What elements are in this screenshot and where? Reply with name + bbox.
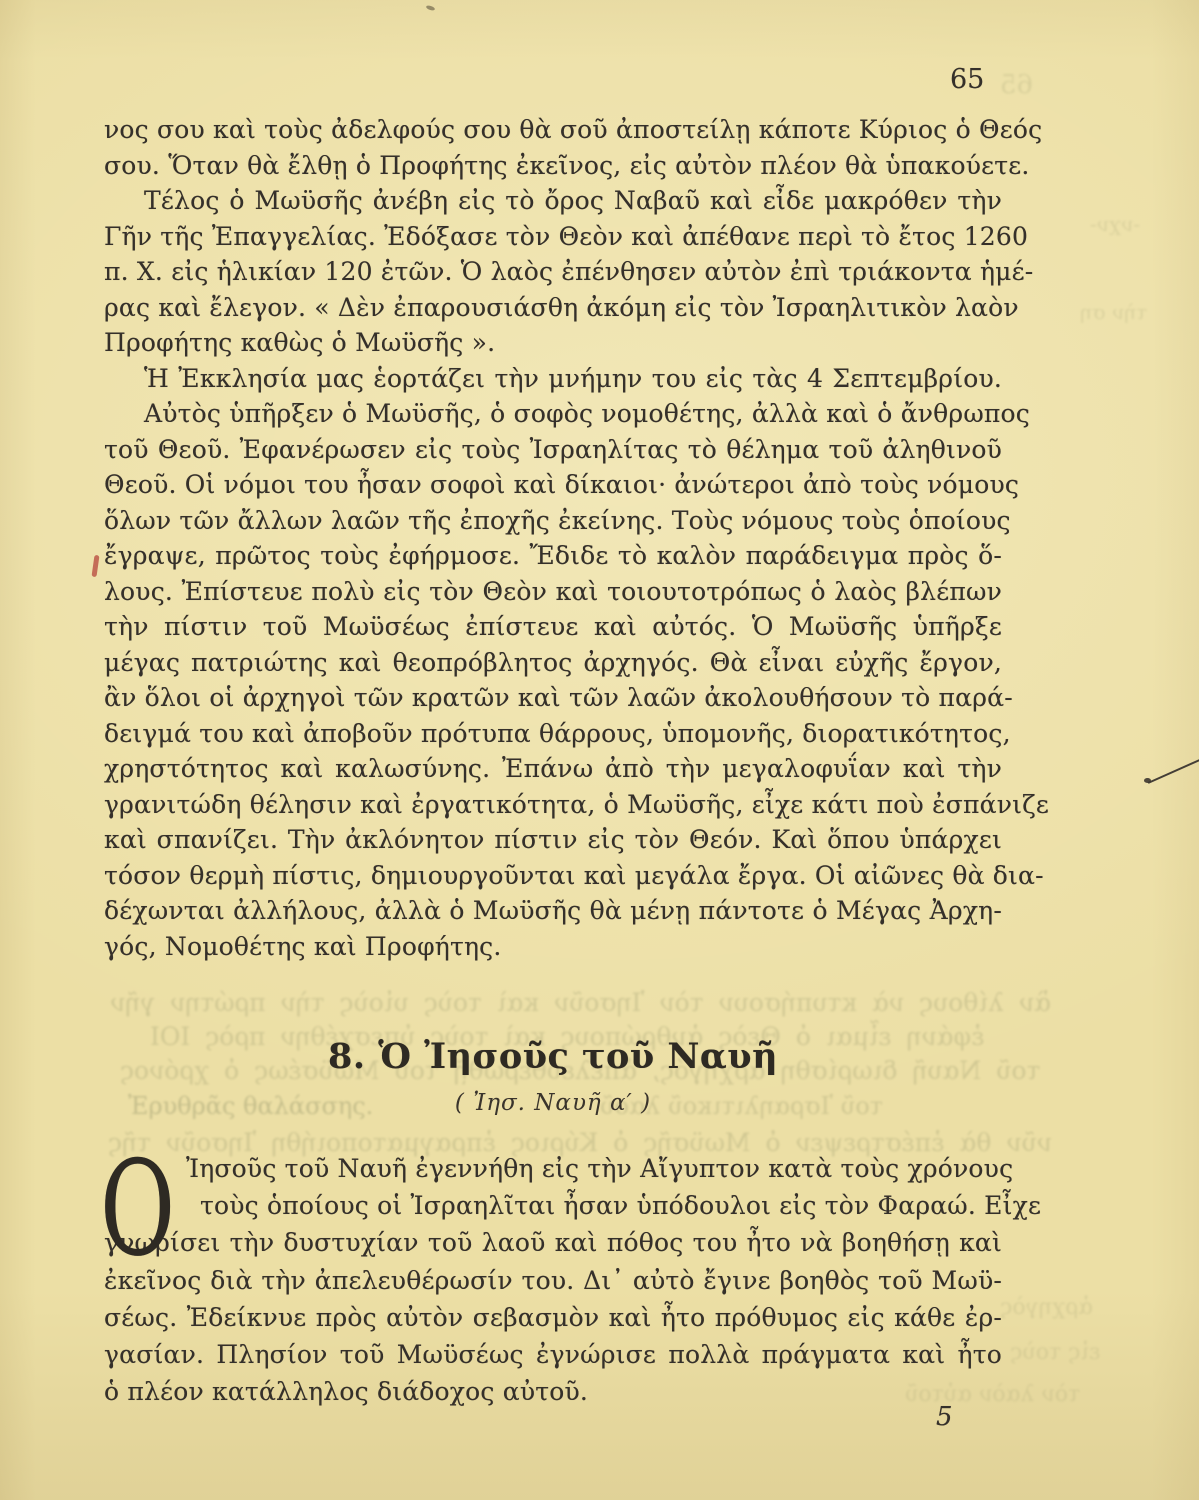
text-line: Τέλος ὁ Μωϋσῆς ἀνέβη εἰς τὸ ὄρος Ναβαῦ κ…	[104, 183, 1002, 219]
text-line: δειγμά του καὶ ἀποβοῦν πρότυπα θάρρους, …	[104, 716, 1002, 752]
text-line: σέως. Ἐδείκνυε πρὸς αὐτὸν σεβασμὸν καὶ ἦ…	[104, 1299, 1002, 1336]
text-line: τὴν πίστιν τοῦ Μωϋσέως ἐπίστευε καὶ αὐτό…	[104, 609, 1002, 645]
text-line: ρας καὶ ἔλεγον. « Δὲν ἐπαρουσιάσθη ἀκόμη…	[104, 290, 1002, 326]
text-line: ἔγραψε, πρῶτος τοὺς ἐφήρμοσε. Ἔδιδε τὸ κ…	[104, 538, 1002, 574]
section-heading: 8. Ὁ Ἰησοῦς τοῦ Ναυῆ	[104, 1036, 1002, 1077]
text-line: καὶ σπανίζει. Τὴν ἀκλόνητον πίστιν εἰς τ…	[104, 822, 1002, 858]
bleedthrough-text: -νχν-	[1090, 212, 1140, 236]
text-line: μέγας πατριώτης καὶ θεοπρόβλητος ἀρχηγός…	[104, 645, 1002, 681]
text-line: γρανιτώδη θέλησιν καὶ ἐργατικότητα, ὁ Μω…	[104, 787, 1002, 823]
text-line: Αὐτὸς ὑπῆρξεν ὁ Μωϋσῆς, ὁ σοφὸς νομοθέτη…	[104, 396, 1002, 432]
text-line: δέχωνται ἀλλήλους, ἀλλὰ ὁ Μωϋσῆς θὰ μένῃ…	[104, 893, 1002, 929]
bleedthrough-text: 65	[1000, 70, 1033, 100]
pen-stroke	[1148, 759, 1199, 785]
text-line: λους. Ἐπίστευε πολὺ εἰς τὸν Θεὸν καὶ τοι…	[104, 574, 1002, 610]
text-line: Γῆν τῆς Ἐπαγγελίας. Ἐδόξασε τὸν Θεὸν καὶ…	[104, 219, 1002, 255]
text-line: τόσον θερμὴ πίστις, δημιουργοῦνται καὶ μ…	[104, 858, 1002, 894]
text-line: Ἡ Ἐκκλησία μας ἑορτάζει τὴν μνήμην του ε…	[104, 361, 1002, 397]
text-line: χρηστότητος καὶ καλωσύνης. Ἐπάνω ἀπὸ τὴν…	[104, 751, 1002, 787]
bleedthrough-text: τὴν ση	[1080, 300, 1147, 324]
text-line: ἐκεῖνος διὰ τὴν ἀπελευθέρωσίν του. Δι᾽ α…	[104, 1262, 1002, 1299]
body-text-block: νος σου καὶ τοὺς ἀδελφούς σου θὰ σοῦ ἀπο…	[104, 112, 1002, 964]
text-line: Ἰησοῦς τοῦ Ναυῆ ἐγεννήθη εἰς τὴν Αἴγυπτο…	[104, 1150, 1002, 1187]
text-line: ἂν ὅλοι οἱ ἀρχηγοὶ τῶν κρατῶν καὶ τῶν λα…	[104, 680, 1002, 716]
red-pencil-mark	[91, 555, 99, 577]
text-line: γός, Νομοθέτης καὶ Προφήτης.	[104, 929, 1002, 965]
text-line: π. Χ. εἰς ἡλικίαν 120 ἐτῶν. Ὁ λαὸς ἐπένθ…	[104, 254, 1002, 290]
paper-speck	[426, 5, 436, 12]
text-line: τοὺς ὁποίους οἱ Ἰσραηλῖται ἦσαν ὑπόδουλο…	[104, 1187, 1002, 1224]
text-line: σου. Ὅταν θὰ ἔλθῃ ὁ Προφήτης ἐκεῖνος, εἰ…	[104, 148, 1002, 184]
page-number: 65	[950, 64, 984, 95]
signature-mark: 5	[936, 1402, 953, 1432]
text-line: ὁ πλέον κατάλληλος διάδοχος αὐτοῦ.	[104, 1373, 1002, 1410]
text-line: τοῦ Θεοῦ. Ἐφανέρωσεν εἰς τοὺς Ἰσραηλίτας…	[104, 432, 1002, 468]
text-line: γνωρίσει τὴν δυστυχίαν τοῦ λαοῦ καὶ πόθο…	[104, 1224, 1002, 1261]
section-subtitle: ( Ἰησ. Ναυῆ α′ )	[104, 1090, 1002, 1116]
text-line: γασίαν. Πλησίον τοῦ Μωϋσέως ἐγνώρισε πολ…	[104, 1336, 1002, 1373]
text-line: νος σου καὶ τοὺς ἀδελφούς σου θὰ σοῦ ἀπο…	[104, 112, 1002, 148]
text-line: ὅλων τῶν ἄλλων λαῶν τῆς ἐποχῆς ἐκείνης. …	[104, 503, 1002, 539]
text-line: Προφήτης καθὼς ὁ Μωϋσῆς ».	[104, 325, 1002, 361]
pen-stroke-blob	[1144, 778, 1151, 783]
text-line: Θεοῦ. Οἱ νόμοι του ἦσαν σοφοὶ καὶ δίκαιο…	[104, 467, 1002, 503]
scanned-book-page: ἂν λίθους νὰ κτυπήσουν τὸν Ἰησοῦν καὶ το…	[0, 0, 1199, 1500]
bleedthrough-text: εἰς τοὺς	[1010, 1340, 1100, 1365]
bleedthrough-text: ἂν λίθους νὰ κτυπήσουν τὸν Ἰησοῦν καὶ το…	[110, 988, 1051, 1017]
drop-cap-letter: Ο	[100, 1158, 175, 1260]
bleedthrough-text: ἀρχηγὸς	[1000, 1295, 1093, 1320]
body-text-block: Ο Ἰησοῦς τοῦ Ναυῆ ἐγεννήθη εἰς τὴν Αἴγυπ…	[104, 1150, 1002, 1410]
